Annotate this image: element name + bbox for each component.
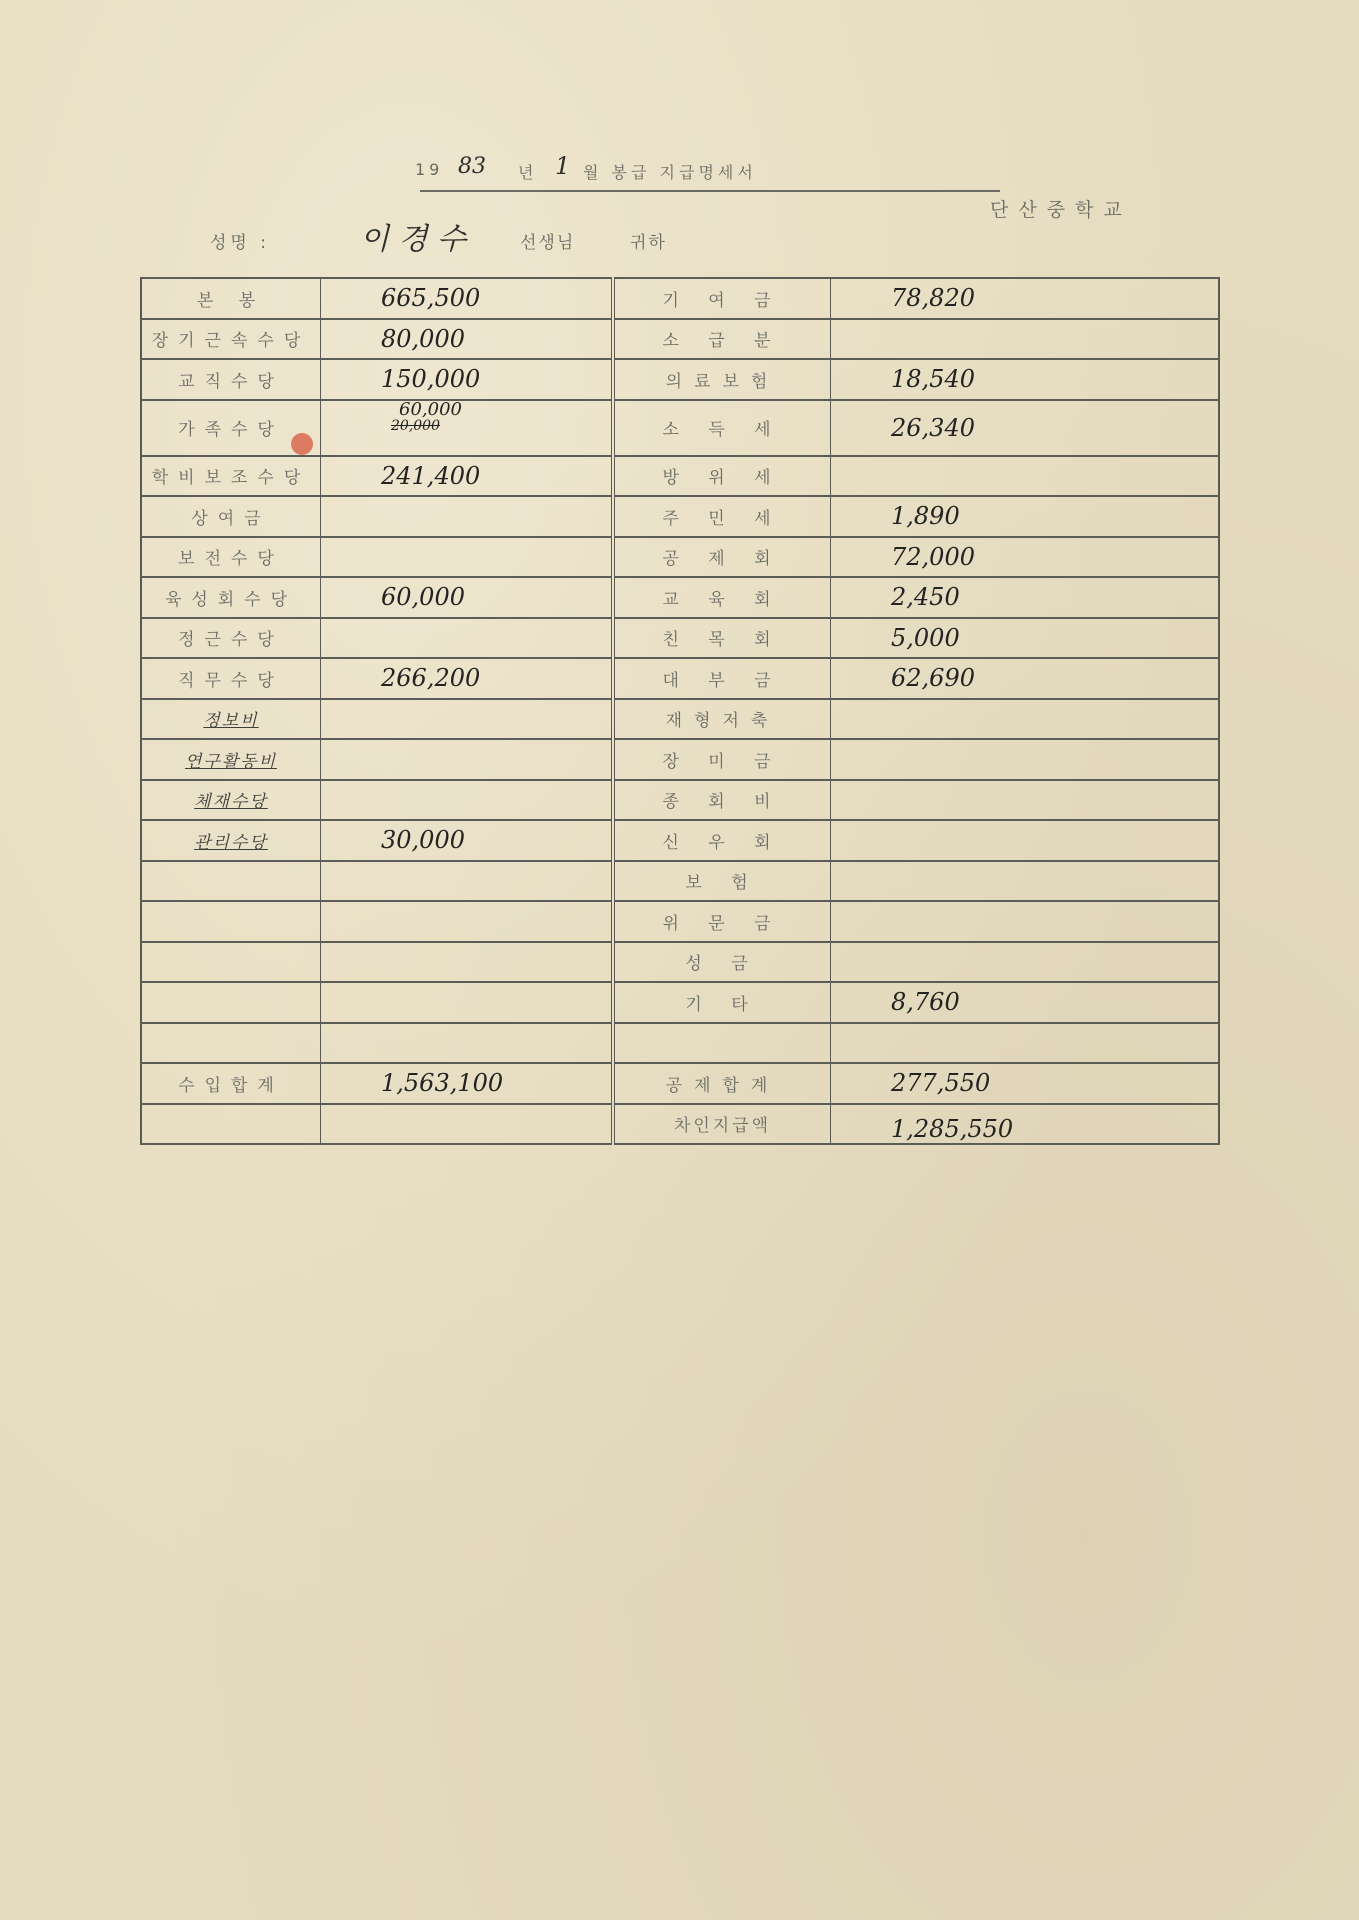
income-value: 60,000 [321, 583, 611, 611]
pay-ledger-table: 본 봉665,500기 여 금78,820장기근속수당80,000소 급 분교직… [140, 277, 1220, 1145]
deduction-value-cell: 8,760 [831, 982, 1220, 1023]
deduction-label: 기 타 [613, 982, 831, 1023]
income-value-struck: 20,000 [321, 419, 611, 433]
deduction-value-cell: 1,890 [831, 496, 1220, 537]
income-label: 연구활동비 [141, 739, 321, 780]
deduction-value: 5,000 [831, 624, 1218, 652]
income-label: 육성회수당 [141, 577, 321, 618]
net-pay-label: 차인지급액 [613, 1104, 831, 1145]
income-value-cell: 266,200 [321, 658, 614, 699]
deduction-value-cell [831, 456, 1220, 497]
table-row: 가족수당60,00020,000소 득 세26,340 [141, 400, 1219, 456]
income-value-cell [321, 861, 614, 902]
table-row: 상여금주 민 세1,890 [141, 496, 1219, 537]
table-row: 교직수당150,000의료보험18,540 [141, 359, 1219, 400]
deduction-value: 26,340 [831, 414, 1218, 442]
deduction-value-cell [831, 901, 1220, 942]
empty-label [141, 1104, 321, 1145]
deduction-value-cell [831, 699, 1220, 740]
net-pay-cell: 1,285,550 [831, 1104, 1220, 1145]
income-label: 상여금 [141, 496, 321, 537]
deduction-value-cell: 2,450 [831, 577, 1220, 618]
income-label [141, 982, 321, 1023]
deduction-total-label: 공제합계 [613, 1063, 831, 1104]
income-total-value: 1,563,100 [321, 1069, 611, 1097]
income-value-cell: 60,00020,000 [321, 400, 614, 456]
income-label: 보전수당 [141, 537, 321, 578]
table-row: 장기근속수당80,000소 급 분 [141, 319, 1219, 360]
deduction-value-cell [831, 942, 1220, 983]
deduction-value: 78,820 [831, 284, 1218, 312]
deduction-value-cell: 26,340 [831, 400, 1220, 456]
table-row [141, 1023, 1219, 1064]
deduction-label: 종 회 비 [613, 780, 831, 821]
deduction-label: 보 험 [613, 861, 831, 902]
deduction-value-cell [831, 1023, 1220, 1064]
income-value-cell: 665,500 [321, 278, 614, 319]
recipient-name-handwritten: 이 경 수 [360, 214, 466, 258]
income-value: 266,200 [321, 664, 611, 692]
income-value-cell [321, 537, 614, 578]
deduction-value-cell [831, 319, 1220, 360]
income-value: 30,000 [321, 826, 611, 854]
title-year-handwritten: 83 [458, 154, 486, 179]
income-value-cell [321, 780, 614, 821]
deduction-label: 신 우 회 [613, 820, 831, 861]
income-value: 80,000 [321, 325, 611, 353]
income-label [141, 861, 321, 902]
deduction-value: 72,000 [831, 543, 1218, 571]
deduction-value: 1,890 [831, 502, 1218, 530]
net-pay-value: 1,285,550 [831, 1105, 1218, 1143]
recipient-suffix: 선생님 [520, 228, 575, 253]
income-label: 직무수당 [141, 658, 321, 699]
income-label: 정근수당 [141, 618, 321, 659]
income-value-cell [321, 942, 614, 983]
income-value-cell: 80,000 [321, 319, 614, 360]
table-row: 학비보조수당241,400방 위 세 [141, 456, 1219, 497]
table-row: 보전수당공 제 회72,000 [141, 537, 1219, 578]
deduction-total-cell: 277,550 [831, 1063, 1220, 1104]
income-value: 241,400 [321, 462, 611, 490]
deduction-label: 소 득 세 [613, 400, 831, 456]
income-value-cell: 150,000 [321, 359, 614, 400]
income-label [141, 1023, 321, 1064]
recipient-honorific: 귀하 [630, 228, 667, 253]
deduction-label [613, 1023, 831, 1064]
deduction-value-cell: 5,000 [831, 618, 1220, 659]
deduction-label: 공 제 회 [613, 537, 831, 578]
deduction-value-cell: 18,540 [831, 359, 1220, 400]
document-title: 19 83 년 1 월 봉급 지급명세서 [415, 160, 975, 200]
title-rest: 월 봉급 지급명세서 [583, 160, 757, 183]
deduction-label: 재형저축 [613, 699, 831, 740]
deduction-label: 성 금 [613, 942, 831, 983]
income-label: 장기근속수당 [141, 319, 321, 360]
deduction-label: 의료보험 [613, 359, 831, 400]
income-value-cell [321, 901, 614, 942]
deduction-value: 2,450 [831, 583, 1218, 611]
deduction-label: 소 급 분 [613, 319, 831, 360]
income-total-label: 수입합계 [141, 1063, 321, 1104]
seal-stamp-icon [291, 433, 313, 455]
title-year-prefix: 19 [415, 160, 443, 179]
income-value-cell [321, 1023, 614, 1064]
table-row: 직무수당266,200대 부 금62,690 [141, 658, 1219, 699]
income-value-cell [321, 496, 614, 537]
table-row: 정보비재형저축 [141, 699, 1219, 740]
table-row: 관리수당30,000신 우 회 [141, 820, 1219, 861]
table-row: 육성회수당60,000교 육 회2,450 [141, 577, 1219, 618]
table-row: 정근수당친 목 회5,000 [141, 618, 1219, 659]
title-month-handwritten: 1 [555, 152, 570, 180]
totals-row: 수입합계1,563,100공제합계277,550 [141, 1063, 1219, 1104]
income-value: 665,500 [321, 284, 611, 312]
deduction-value-cell [831, 739, 1220, 780]
deduction-value-cell [831, 861, 1220, 902]
table-row: 성 금 [141, 942, 1219, 983]
title-year-suffix: 년 [518, 160, 537, 183]
deduction-label: 교 육 회 [613, 577, 831, 618]
income-value-cell [321, 699, 614, 740]
income-label: 학비보조수당 [141, 456, 321, 497]
deduction-value: 18,540 [831, 365, 1218, 393]
table-row: 보 험 [141, 861, 1219, 902]
table-row: 체재수당종 회 비 [141, 780, 1219, 821]
table-row: 위 문 금 [141, 901, 1219, 942]
income-value-cell [321, 618, 614, 659]
income-value-cell: 30,000 [321, 820, 614, 861]
income-value: 150,000 [321, 365, 611, 393]
deduction-label: 주 민 세 [613, 496, 831, 537]
deduction-label: 방 위 세 [613, 456, 831, 497]
deduction-value-cell: 72,000 [831, 537, 1220, 578]
table-row: 본 봉665,500기 여 금78,820 [141, 278, 1219, 319]
net-pay-row: 차인지급액1,285,550 [141, 1104, 1219, 1145]
deduction-label: 장 미 금 [613, 739, 831, 780]
deduction-value: 62,690 [831, 664, 1218, 692]
title-underline [420, 190, 1000, 192]
deduction-label: 대 부 금 [613, 658, 831, 699]
income-total-cell: 1,563,100 [321, 1063, 614, 1104]
deduction-label: 친 목 회 [613, 618, 831, 659]
income-value-cell: 241,400 [321, 456, 614, 497]
income-label: 관리수당 [141, 820, 321, 861]
deduction-value-cell [831, 820, 1220, 861]
empty-value [321, 1104, 614, 1145]
income-label [141, 901, 321, 942]
income-value-cell: 60,000 [321, 577, 614, 618]
deduction-label: 기 여 금 [613, 278, 831, 319]
deduction-value-cell: 62,690 [831, 658, 1220, 699]
income-label: 교직수당 [141, 359, 321, 400]
deduction-label: 위 문 금 [613, 901, 831, 942]
income-label [141, 942, 321, 983]
table-row: 연구활동비장 미 금 [141, 739, 1219, 780]
deduction-total-value: 277,550 [831, 1069, 1218, 1097]
deduction-value: 8,760 [831, 988, 1218, 1016]
table-row: 기 타8,760 [141, 982, 1219, 1023]
income-value-cell [321, 982, 614, 1023]
school-name: 단산중학교 [990, 195, 1132, 222]
income-label: 체재수당 [141, 780, 321, 821]
deduction-value-cell: 78,820 [831, 278, 1220, 319]
deduction-value-cell [831, 780, 1220, 821]
income-label: 정보비 [141, 699, 321, 740]
income-value-cell [321, 739, 614, 780]
income-label: 본 봉 [141, 278, 321, 319]
recipient-label: 성명 : [210, 228, 270, 253]
income-value-corrected: 60,000 [321, 401, 611, 419]
